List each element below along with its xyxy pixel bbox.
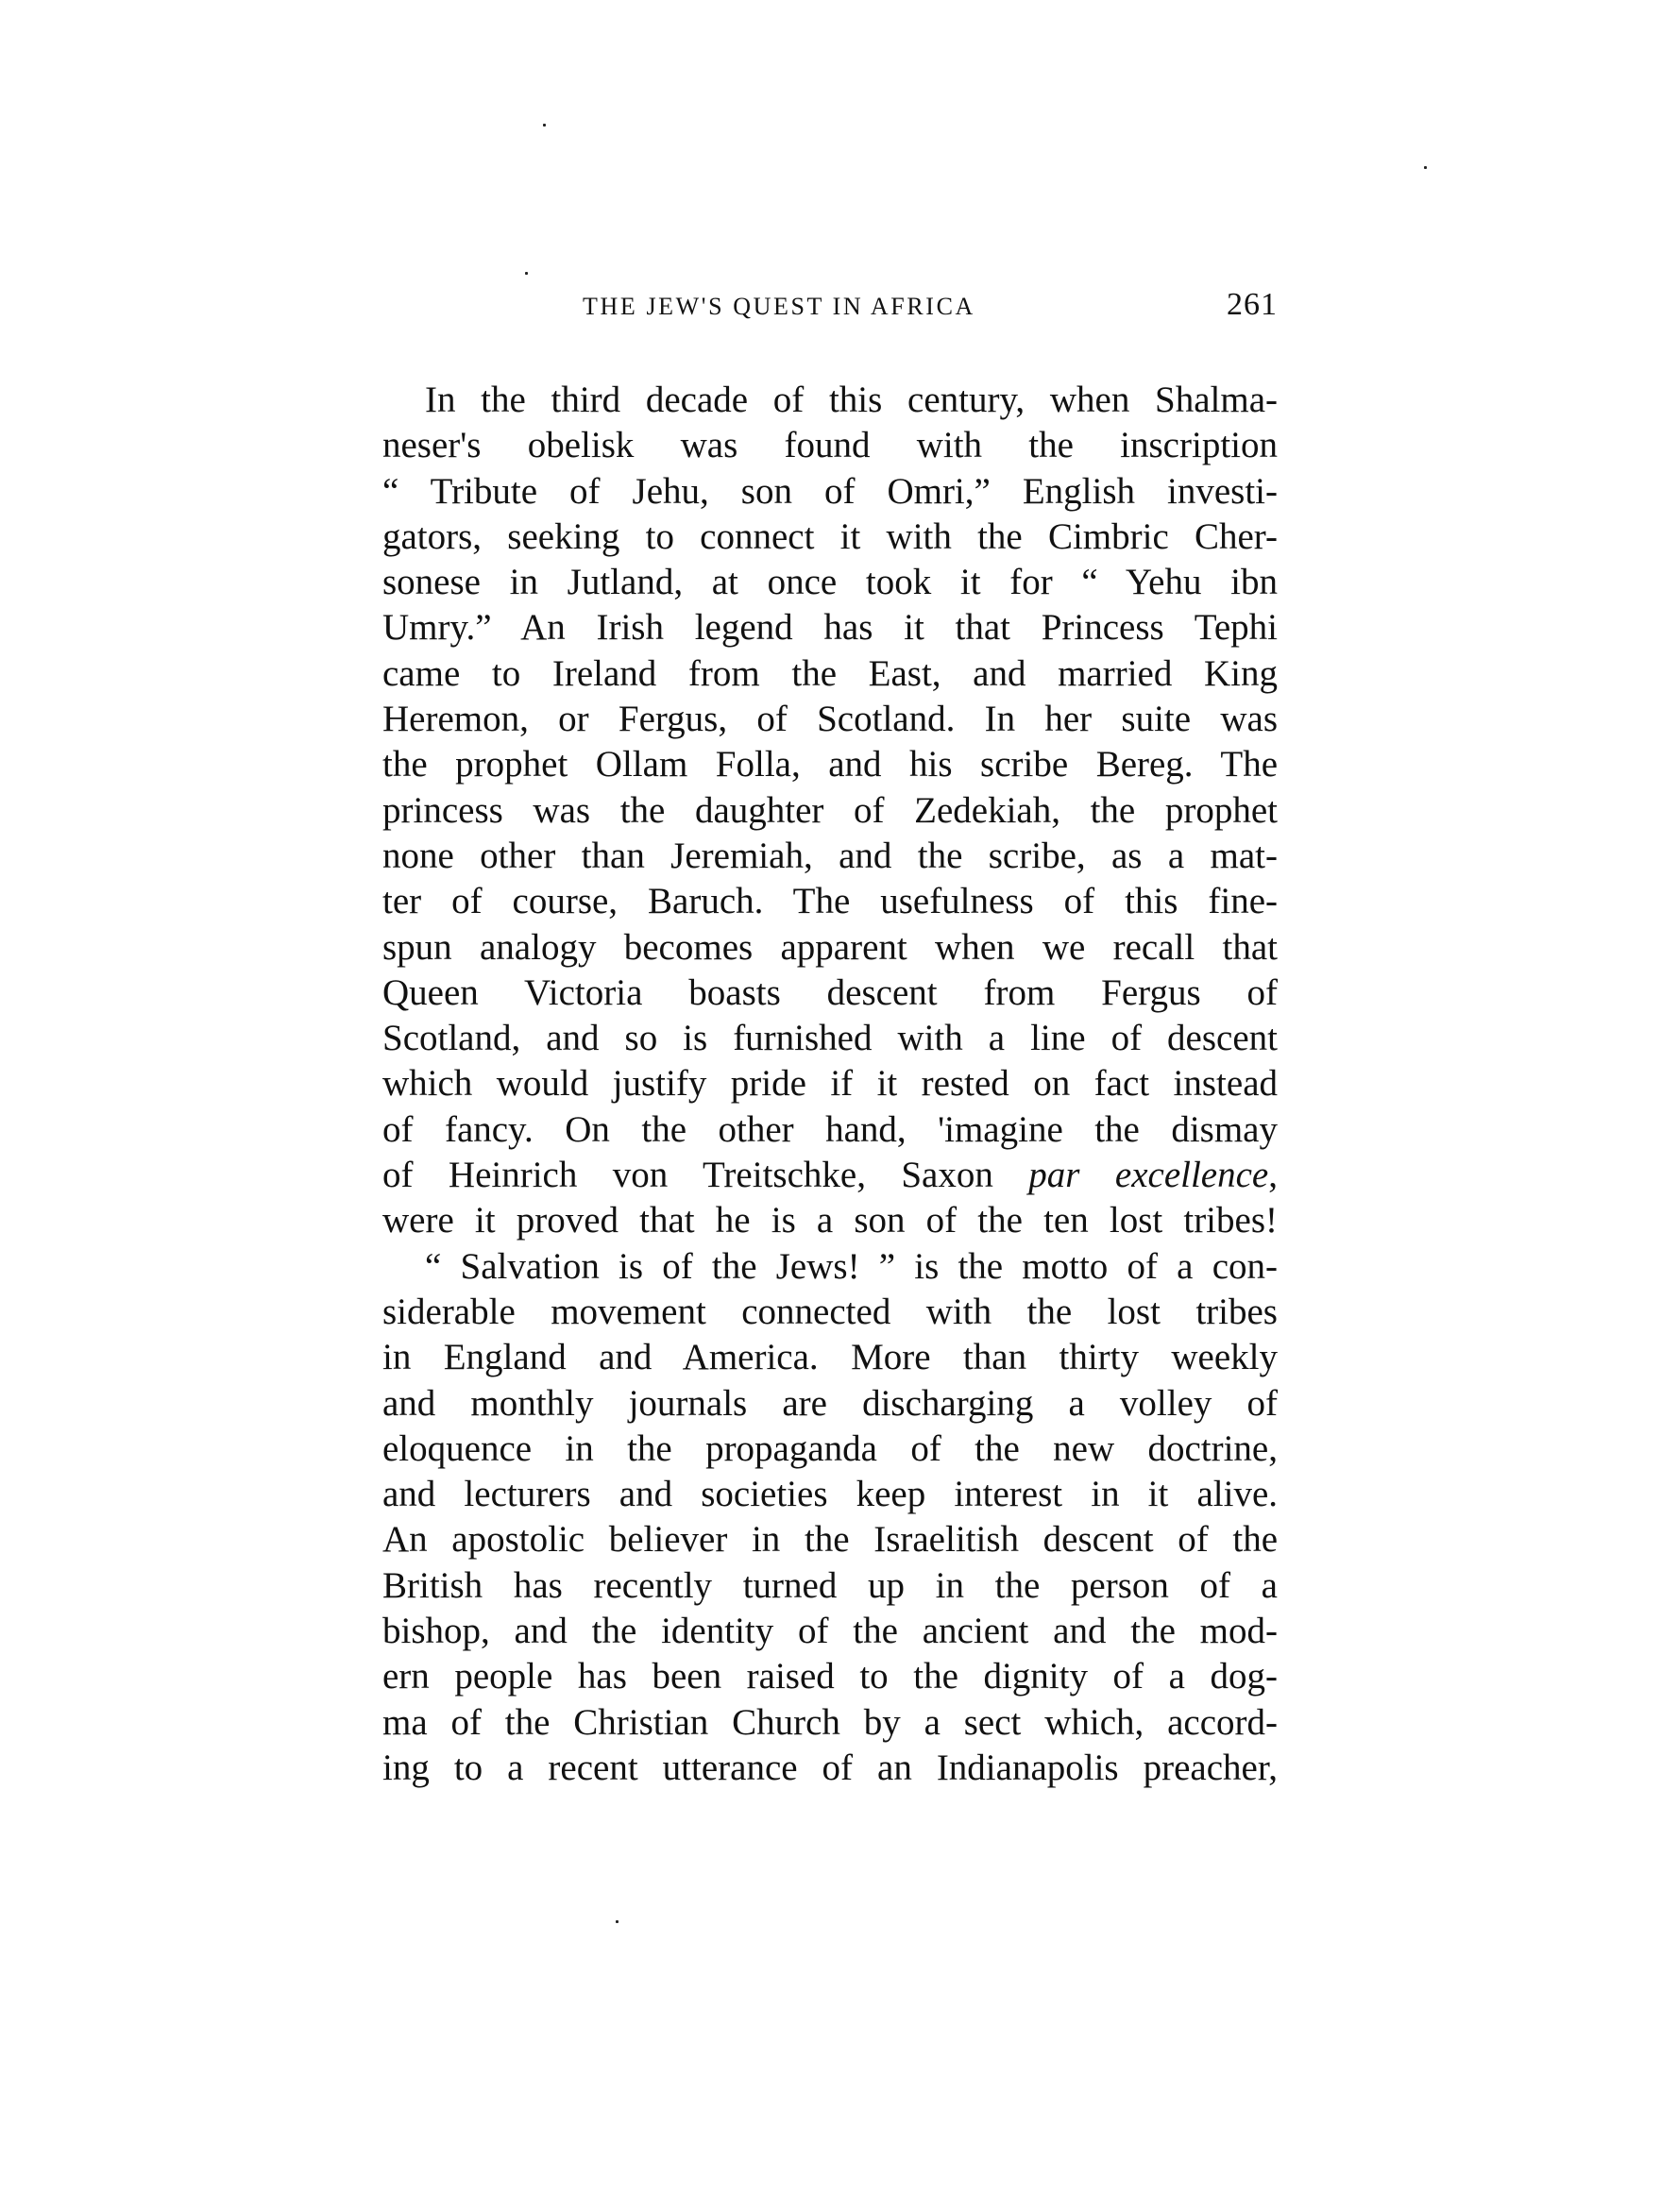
text-line: “ Salvation is of the Jews! ” is the mot… — [382, 1244, 1278, 1290]
scan-speck — [543, 124, 546, 127]
text-line: spun analogy becomes apparent when we re… — [382, 925, 1278, 971]
text-line: eloquence in the propaganda of the new d… — [382, 1427, 1278, 1472]
text-line: which would justify pride if it rested o… — [382, 1061, 1278, 1106]
text-line: the prophet Ollam Folla, and his scribe … — [382, 742, 1278, 787]
text-line: and lecturers and societies keep interes… — [382, 1472, 1278, 1517]
text-line: Heremon, or Fergus, of Scotland. In her … — [382, 697, 1278, 742]
text-line: Scotland, and so is furnished with a lin… — [382, 1016, 1278, 1061]
text-line: gators, seeking to connect it with the C… — [382, 515, 1278, 560]
text-line: In the third decade of this century, whe… — [382, 378, 1278, 423]
text-line: sonese in Jutland, at once took it for “… — [382, 560, 1278, 605]
paragraph: “ Salvation is of the Jews! ” is the mot… — [382, 1244, 1278, 1792]
text-line: in England and America. More than thirty… — [382, 1335, 1278, 1380]
text-line: Queen Victoria boasts descent from Fergu… — [382, 971, 1278, 1016]
text-line: British has recently turned up in the pe… — [382, 1563, 1278, 1609]
text-line: of fancy. On the other hand, 'imagine th… — [382, 1107, 1278, 1153]
page-number: 261 — [1227, 287, 1278, 323]
text-line: were it proved that he is a son of the t… — [382, 1198, 1278, 1243]
scan-speck — [616, 1920, 619, 1923]
running-title: THE JEW'S QUEST IN AFRICA — [583, 293, 975, 321]
text-line: Umry.” An Irish legend has it that Princ… — [382, 605, 1278, 650]
scan-speck — [525, 272, 528, 275]
text-line: “ Tribute of Jehu, son of Omri,” English… — [382, 469, 1278, 515]
text-line: ma of the Christian Church by a sect whi… — [382, 1700, 1278, 1746]
text-line: ter of course, Baruch. The usefulness of… — [382, 879, 1278, 924]
text-line: An apostolic believer in the Israelitish… — [382, 1517, 1278, 1562]
text-line: none other than Jeremiah, and the scribe… — [382, 834, 1278, 879]
text-line: princess was the daughter of Zedekiah, t… — [382, 788, 1278, 834]
scan-speck — [1424, 166, 1427, 169]
text-line: siderable movement connected with the lo… — [382, 1290, 1278, 1335]
running-head: THE JEW'S QUEST IN AFRICA 261 — [382, 283, 1278, 325]
paragraph: In the third decade of this century, whe… — [382, 378, 1278, 1244]
text-line: ern people has been raised to the dignit… — [382, 1654, 1278, 1699]
text-line: ing to a recent utterance of an Indianap… — [382, 1746, 1278, 1791]
italic-phrase: par excellence — [1028, 1155, 1268, 1195]
body-text: In the third decade of this century, whe… — [382, 378, 1278, 1791]
book-page: THE JEW'S QUEST IN AFRICA 261 In the thi… — [0, 0, 1661, 2212]
text-line: neser's obelisk was found with the inscr… — [382, 423, 1278, 468]
text-line: of Heinrich von Treitschke, Saxon par ex… — [382, 1153, 1278, 1198]
text-line: and monthly journals are discharging a v… — [382, 1381, 1278, 1427]
text-line: bishop, and the identity of the ancient … — [382, 1609, 1278, 1654]
text-line: came to Ireland from the East, and marri… — [382, 651, 1278, 697]
